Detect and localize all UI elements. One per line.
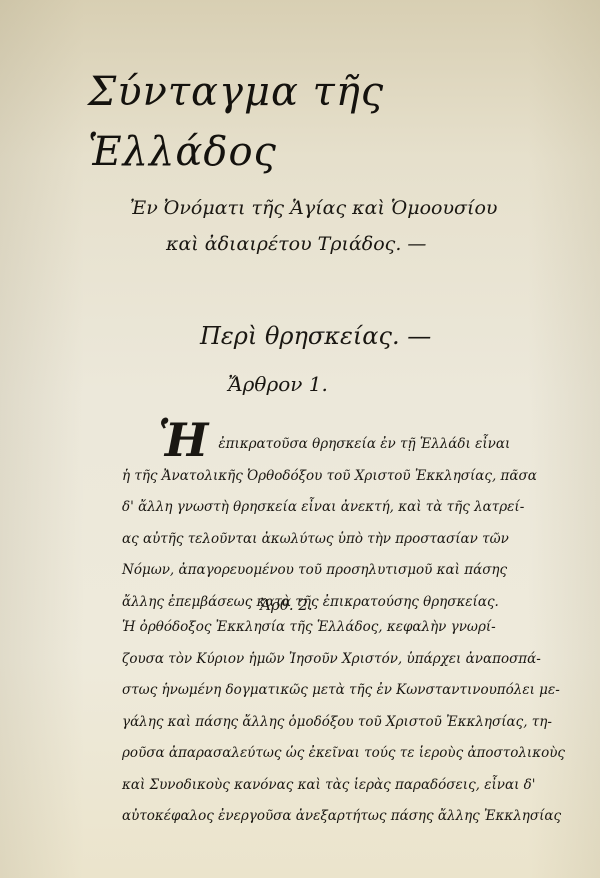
document-title: Σύνταγμα τῆς Ἑλλάδος <box>88 62 518 182</box>
invocation-line-1: Ἐν Ὀνόματι τῆς Ἁγίας καὶ Ὁμοουσίου <box>130 197 497 219</box>
text-line: στως ἡνωμένη δογματικῶς μετὰ τῆς ἐν Κωνσ… <box>122 675 517 707</box>
article-2-text: Ἡ ὀρθόδοξος Ἐκκλησία τῆς Ἑλλάδος, κεφαλὴ… <box>122 612 517 833</box>
text-line: Ἡ ὀρθόδοξος Ἐκκλησία τῆς Ἑλλάδος, κεφαλὴ… <box>122 612 517 644</box>
article-1-label: Ἄρθρον 1. <box>228 372 328 396</box>
text-line: ἡ τῆς Ἀνατολικῆς Ὀρθοδόξου τοῦ Χριστοῦ Ἐ… <box>122 461 517 493</box>
text-line: αὐτοκέφαλος ἐνεργοῦσα ἀνεξαρτήτως πάσης … <box>122 801 517 833</box>
text-line: δ' ἄλλη γνωστὴ θρησκεία εἶναι ἀνεκτή, κα… <box>122 492 517 524</box>
drop-cap: Ἡ <box>158 413 208 467</box>
text-line: γάλης καὶ πάσης ἄλλης ὁμοδόξου τοῦ Χριστ… <box>122 707 517 739</box>
text-line: ζουσα τὸν Κύριον ἡμῶν Ἰησοῦν Χριστόν, ὑπ… <box>122 644 517 676</box>
invocation: Ἐν Ὀνόματι τῆς Ἁγίας καὶ Ὁμοουσίου καὶ ἀ… <box>130 190 530 262</box>
invocation-line-2: καὶ ἀδιαιρέτου Τριάδος. — <box>130 226 530 262</box>
section-heading: Περὶ θρησκείας. — <box>200 322 431 350</box>
text-line: Νόμων, ἀπαγορευομένου τοῦ προσηλυτισμοῦ … <box>122 555 517 587</box>
text-line: ας αὐτῆς τελοῦνται ἀκωλύτως ὑπὸ τὴν προσ… <box>122 524 517 556</box>
article-1-text: Ἡἐπικρατοῦσα θρησκεία ἐν τῇ Ἑλλάδι εἶναι… <box>122 420 517 618</box>
text-line: ροῦσα ἀπαρασαλεύτως ὡς ἐκεῖναι τούς τε ἱ… <box>122 738 517 770</box>
text-line: καὶ Συνοδικοὺς κανόνας καὶ τὰς ἱερὰς παρ… <box>122 770 517 802</box>
text-line: Ἡἐπικρατοῦσα θρησκεία ἐν τῇ Ἑλλάδι εἶναι <box>122 420 517 461</box>
